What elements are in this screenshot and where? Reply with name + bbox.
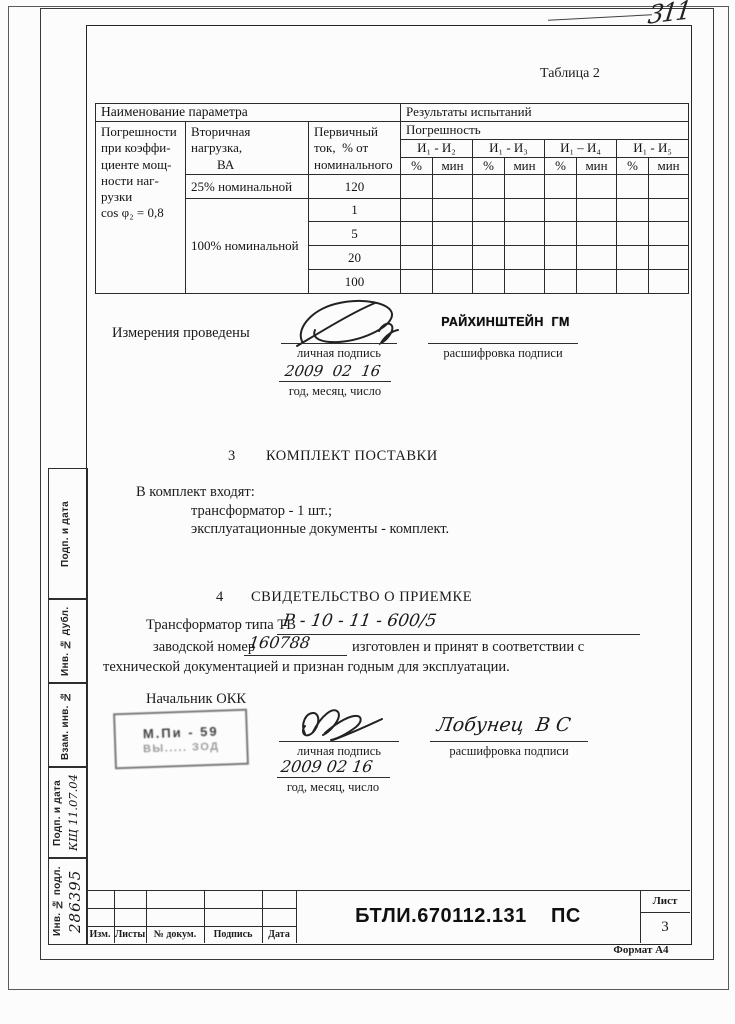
handwritten-inventory-number: 286395 xyxy=(66,858,85,944)
margin-label: Взам. инв. № xyxy=(60,683,74,767)
result-cell xyxy=(617,270,649,294)
col-header-listy: Листы xyxy=(114,926,146,943)
section4-number: 4 xyxy=(216,589,224,606)
handwritten-name: Лобунец В С xyxy=(435,714,572,736)
measurements-label: Измерения проведены xyxy=(112,325,250,342)
date-line xyxy=(279,381,391,382)
margin-box-vzam-inv: Взам. инв. № xyxy=(48,682,88,768)
result-cell xyxy=(649,175,689,199)
serial-underline xyxy=(244,655,347,656)
result-cell xyxy=(577,270,617,294)
handwritten-date: 2009 02 16 xyxy=(284,362,382,380)
result-cell xyxy=(545,270,577,294)
name-caption: расшифровка подписи xyxy=(430,346,576,361)
result-cell xyxy=(577,246,617,270)
result-cell xyxy=(617,222,649,246)
result-cell xyxy=(505,199,545,222)
name-caption: расшифровка подписи xyxy=(436,744,582,759)
stamp-line1: М.Пи - 59 xyxy=(143,723,219,741)
result-cell xyxy=(433,199,473,222)
current-value: 1 xyxy=(309,199,401,222)
type-underline xyxy=(277,634,640,635)
name-line xyxy=(428,343,578,344)
result-cell xyxy=(545,246,577,270)
error-header: Погрешность xyxy=(401,122,689,140)
unit-min: мин xyxy=(505,158,545,175)
load-100-cell: 100% номинальной xyxy=(186,199,309,294)
secondary-load-header: Вторичная нагрузка, ВА xyxy=(186,122,309,175)
result-cell xyxy=(401,199,433,222)
result-cell xyxy=(473,222,505,246)
margin-box-sign-date-2: Подп. и дата КЩ 11.07.04 xyxy=(48,766,88,859)
name-line xyxy=(430,741,588,742)
handwritten-type-value: Р - 10 - 11 - 600/5 xyxy=(282,611,438,631)
handwritten-serial-value: 160788 xyxy=(248,633,312,652)
primary-current-header: Первичный ток, % от номинального xyxy=(309,122,401,175)
result-cell xyxy=(577,175,617,199)
results-table-wrap: Наименование параметра Результаты испыта… xyxy=(95,103,689,294)
section3-item1: трансформатор - 1 шт.; xyxy=(191,503,332,520)
param-name-header: Наименование параметра xyxy=(96,104,401,122)
result-cell xyxy=(545,222,577,246)
diff-header-1: И₁ - И₂ xyxy=(401,140,473,158)
results-table: Наименование параметра Результаты испыта… xyxy=(95,103,689,294)
result-cell xyxy=(473,199,505,222)
result-cell xyxy=(473,175,505,199)
result-cell xyxy=(433,246,473,270)
document-number: БТЛИ.670112.131 ПС xyxy=(296,890,640,943)
scanned-document-page: 311 Таблица 2 Наименование параметра Рез… xyxy=(0,0,735,1024)
diff-header-4: И₁ - И₅ xyxy=(617,140,689,158)
col-header-data: Дата xyxy=(262,926,296,943)
date-caption: год, месяц, число xyxy=(274,384,396,399)
result-cell xyxy=(433,175,473,199)
signature-line xyxy=(281,343,397,344)
conformity-line: технической документацией и признан годн… xyxy=(103,659,510,676)
result-cell xyxy=(617,199,649,222)
margin-label: Инв. № дубл. xyxy=(60,599,74,683)
serial-suffix: изготовлен и принят в соответствии с xyxy=(352,639,584,656)
inspection-stamp: М.Пи - 59 ВЫ..... ЗОД xyxy=(113,709,249,770)
result-cell xyxy=(433,270,473,294)
result-cell xyxy=(545,175,577,199)
result-cell xyxy=(433,222,473,246)
result-cell xyxy=(617,175,649,199)
result-cell xyxy=(577,222,617,246)
table-caption: Таблица 2 xyxy=(540,66,650,82)
margin-box-inv-dupl: Инв. № дубл. xyxy=(48,598,88,684)
result-cell xyxy=(401,222,433,246)
signature-scribble xyxy=(293,700,385,746)
load-25-cell: 25% номинальной xyxy=(186,175,309,199)
result-cell xyxy=(649,199,689,222)
sheet-number: 3 xyxy=(640,912,690,943)
titleblock-row-line xyxy=(86,908,296,909)
result-cell xyxy=(505,222,545,246)
unit-min: мин xyxy=(433,158,473,175)
result-cell xyxy=(505,175,545,199)
result-cell xyxy=(545,199,577,222)
date-caption: год, месяц, число xyxy=(272,780,394,795)
unit-pct: % xyxy=(473,158,505,175)
format-label: Формат А4 xyxy=(596,944,686,956)
unit-min: мин xyxy=(649,158,689,175)
result-cell xyxy=(401,246,433,270)
diff-header-3: И₁ – И₄ xyxy=(545,140,617,158)
current-value: 100 xyxy=(309,270,401,294)
margin-box-sign-date-1: Подп. и дата xyxy=(48,468,88,600)
okk-label: Начальник ОКК xyxy=(146,691,246,708)
unit-pct: % xyxy=(545,158,577,175)
current-value: 120 xyxy=(309,175,401,199)
result-cell xyxy=(401,270,433,294)
section3-number: 3 xyxy=(228,448,236,465)
unit-min: мин xyxy=(577,158,617,175)
result-cell xyxy=(505,246,545,270)
type-prefix: Трансформатор типа ТВ xyxy=(146,617,296,634)
section4-title: СВИДЕТЕЛЬСТВО О ПРИЕМКЕ xyxy=(251,589,472,606)
result-cell xyxy=(401,175,433,199)
result-cell xyxy=(577,199,617,222)
handwritten-date: 2009 02 16 xyxy=(280,757,374,776)
current-value: 5 xyxy=(309,222,401,246)
signature-line xyxy=(279,741,399,742)
name-stamp: РАЙХИНШТЕЙН ГМ xyxy=(428,315,583,329)
col-header-podpis: Подпись xyxy=(204,926,262,943)
handwritten-margin-date: КЩ 11.07.04 xyxy=(66,767,85,858)
result-cell xyxy=(617,246,649,270)
signature-scribble xyxy=(293,299,401,347)
stamp-line2: ВЫ..... ЗОД xyxy=(143,740,220,755)
margin-label: Подп. и дата xyxy=(60,469,74,599)
section3-intro: В комплект входят: xyxy=(136,484,255,501)
result-cell xyxy=(473,270,505,294)
col-header-dokum: № докум. xyxy=(146,926,204,943)
diff-header-2: И₁ - И₃ xyxy=(473,140,545,158)
serial-prefix: заводской номер xyxy=(153,639,255,656)
margin-box-inv-podl: Инв. № подл. 286395 xyxy=(48,857,88,945)
section3-item2: эксплуатационные документы - комплект. xyxy=(191,521,449,538)
margin-label: Подп. и дата xyxy=(52,767,66,858)
unit-pct: % xyxy=(401,158,433,175)
current-value: 20 xyxy=(309,246,401,270)
result-cell xyxy=(473,246,505,270)
margin-label: Инв. № подл. xyxy=(52,858,66,944)
sheet-label: Лист xyxy=(640,890,690,912)
unit-pct: % xyxy=(617,158,649,175)
section3-title: КОМПЛЕКТ ПОСТАВКИ xyxy=(266,448,438,465)
param-description-cell: Погрешности при коэффи- циенте мощ- ност… xyxy=(96,122,186,294)
result-cell xyxy=(505,270,545,294)
personal-signature-caption: личная подпись xyxy=(281,346,397,361)
results-header: Результаты испытаний xyxy=(401,104,689,122)
result-cell xyxy=(649,246,689,270)
result-cell xyxy=(649,270,689,294)
result-cell xyxy=(649,222,689,246)
col-header-izm: Изм. xyxy=(86,926,114,943)
date-line xyxy=(277,777,390,778)
